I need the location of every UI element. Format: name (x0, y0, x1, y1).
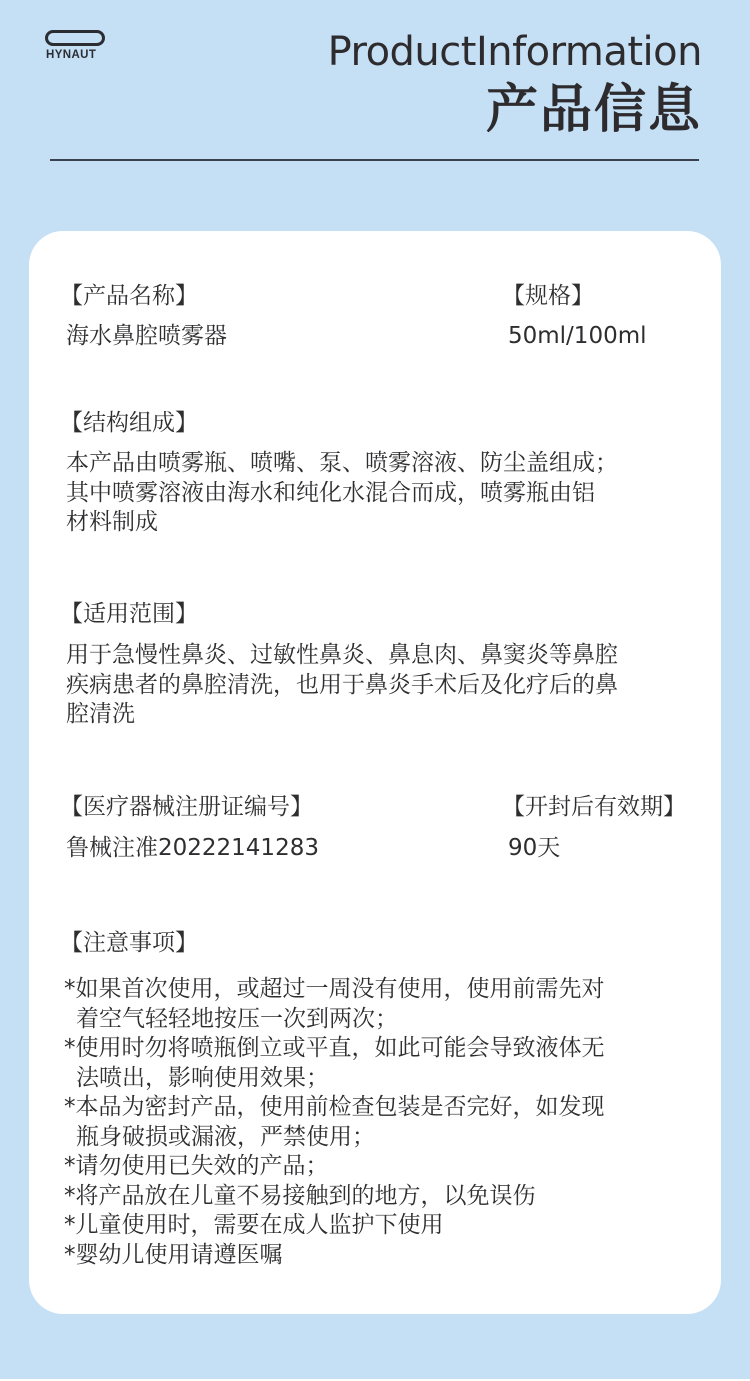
scope-line: 腔清洗 (66, 700, 706, 730)
structure-line: 本产品由喷雾瓶、喷嘴、泵、喷雾溶液、防尘盖组成； (66, 449, 706, 479)
notes-label: 【注意事项】 (60, 928, 198, 958)
structure-line: 其中喷雾溶液由海水和纯化水混合而成，喷雾瓶由铝 (66, 479, 706, 509)
note-item: *婴幼儿使用请遵医嘱 (64, 1241, 714, 1271)
notes-list: *如果首次使用，或超过一周没有使用，使用前需先对 着空气轻轻地按压一次到两次； … (64, 975, 714, 1270)
product-info-card: 【产品名称】 海水鼻腔喷雾器 【规格】 50ml/100ml 【结构组成】 本产… (29, 231, 721, 1314)
registration-label: 【医疗器械注册证编号】 (60, 792, 313, 822)
page-title-chinese: 产品信息 (486, 80, 702, 140)
shelf-life-label: 【开封后有效期】 (502, 792, 686, 822)
note-item: *使用时勿将喷瓶倒立或平直，如此可能会导致液体无 (64, 1034, 714, 1064)
page-title-english: ProductInformation (328, 28, 702, 76)
note-item-continuation: 瓶身破损或漏液，严禁使用； (64, 1123, 714, 1153)
note-item: *儿童使用时，需要在成人监护下使用 (64, 1211, 714, 1241)
pill-shape-logo-icon (45, 30, 105, 46)
registration-value: 鲁械注准20222141283 (66, 833, 319, 863)
note-item-continuation: 法喷出，影响使用效果； (64, 1064, 714, 1094)
product-name-label: 【产品名称】 (60, 281, 198, 311)
spec-value: 50ml/100ml (508, 321, 647, 351)
note-item: *请勿使用已失效的产品； (64, 1152, 714, 1182)
shelf-life-value: 90天 (508, 833, 560, 863)
scope-text: 用于急慢性鼻炎、过敏性鼻炎、鼻息肉、鼻窦炎等鼻腔 疾病患者的鼻腔清洗，也用于鼻炎… (66, 641, 706, 730)
structure-label: 【结构组成】 (60, 408, 198, 438)
note-item-continuation: 着空气轻轻地按压一次到两次； (64, 1005, 714, 1035)
brand-name: HYNAUT (46, 49, 104, 61)
note-item: *将产品放在儿童不易接触到的地方，以免误伤 (64, 1182, 714, 1212)
scope-label: 【适用范围】 (60, 599, 198, 629)
header-divider (50, 159, 699, 161)
structure-line: 材料制成 (66, 508, 706, 538)
spec-label: 【规格】 (502, 281, 594, 311)
brand-logo: HYNAUT (44, 30, 104, 61)
note-item: *如果首次使用，或超过一周没有使用，使用前需先对 (64, 975, 714, 1005)
scope-line: 用于急慢性鼻炎、过敏性鼻炎、鼻息肉、鼻窦炎等鼻腔 (66, 641, 706, 671)
product-name-value: 海水鼻腔喷雾器 (66, 321, 227, 351)
scope-line: 疾病患者的鼻腔清洗，也用于鼻炎手术后及化疗后的鼻 (66, 671, 706, 701)
structure-text: 本产品由喷雾瓶、喷嘴、泵、喷雾溶液、防尘盖组成； 其中喷雾溶液由海水和纯化水混合… (66, 449, 706, 538)
note-item: *本品为密封产品，使用前检查包装是否完好，如发现 (64, 1093, 714, 1123)
